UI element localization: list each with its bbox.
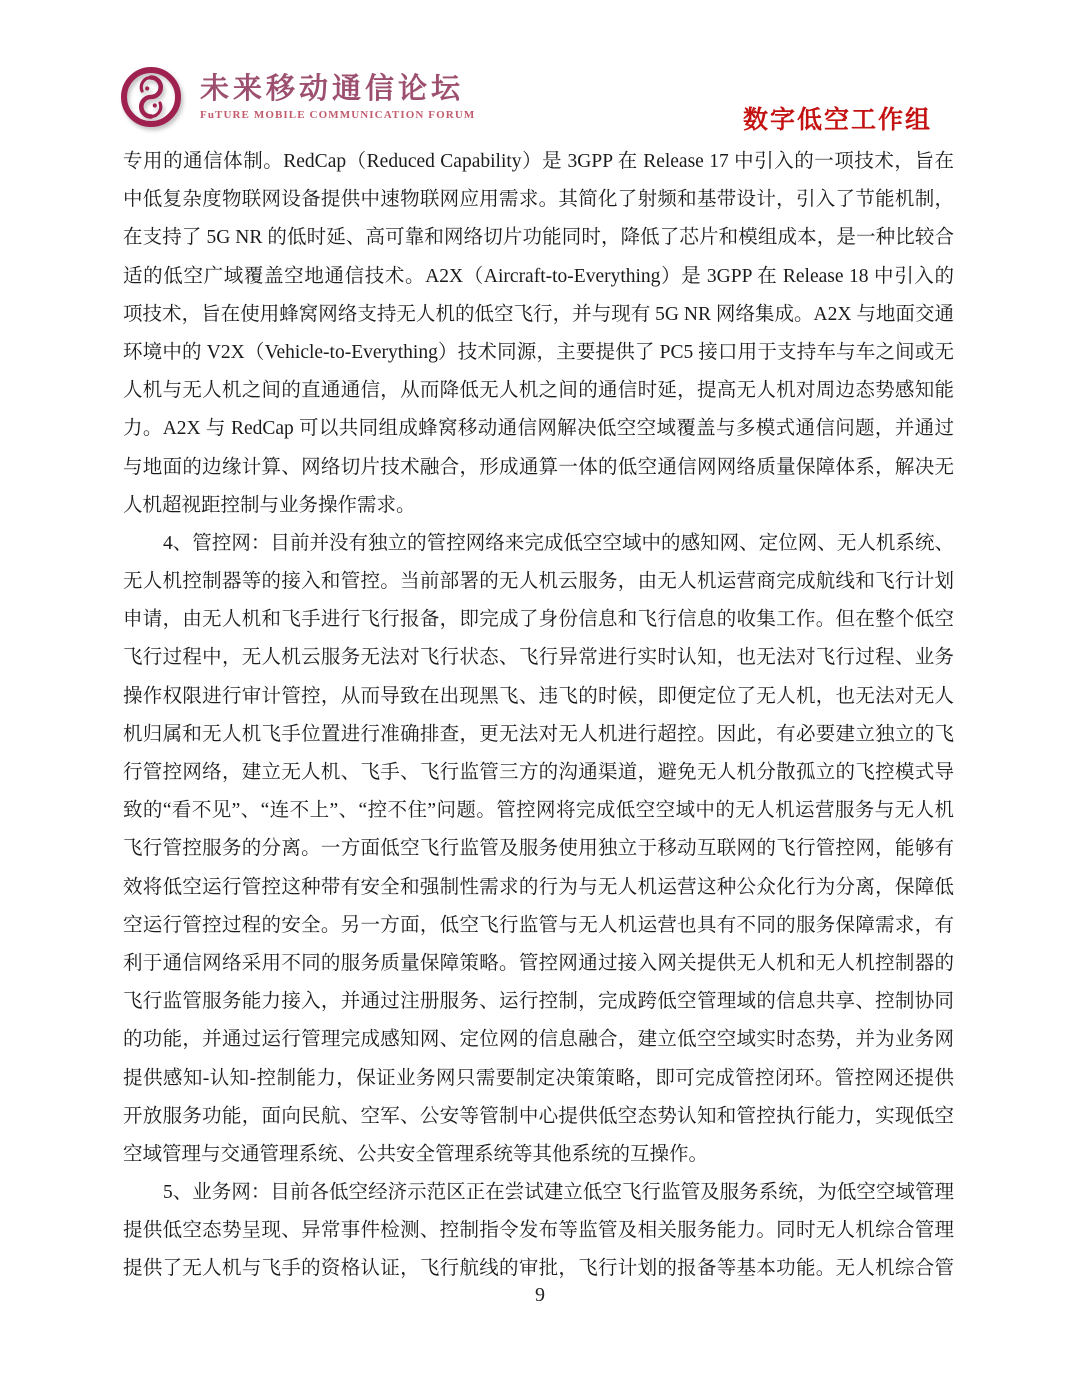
text-line: 项技术，旨在使用蜂窝网络支持无人机的低空飞行，并与现有 5G NR 网络集成。A… [123, 296, 954, 334]
text-line: 效将低空运行管控这种带有安全和强制性需求的行为与无人机运营这种公众化行为分离，保… [123, 869, 954, 907]
forum-logo-name-cn: 未来移动通信论坛 [200, 73, 475, 106]
forum-logo-text: 未来移动通信论坛 FuTURE MOBILE COMMUNICATION FOR… [200, 73, 475, 121]
text-line: 在支持了 5G NR 的低时延、高可靠和网络切片功能同时，降低了芯片和模组成本，… [123, 219, 954, 257]
forum-logo: 未来移动通信论坛 FuTURE MOBILE COMMUNICATION FOR… [118, 64, 475, 130]
text-line: 提供感知-认知-控制能力，保证业务网只需要制定决策策略，即可完成管控闭环。管控网… [123, 1060, 954, 1098]
page-number: 9 [0, 1284, 1080, 1307]
text-line: 人机与无人机之间的直通通信，从而降低无人机之间的通信时延，提高无人机对周边态势感… [123, 372, 954, 410]
text-line: 的功能，并通过运行管理完成感知网、定位网的信息融合，建立低空空域实时态势，并为业… [123, 1021, 954, 1059]
text-line: 利于通信网络采用不同的服务质量保障策略。管控网通过接入网关提供无人机和无人机控制… [123, 945, 954, 983]
text-line: 申请，由无人机和飞手进行飞行报备，即完成了身份信息和飞行信息的收集工作。但在整个… [123, 601, 954, 639]
text-line: 中低复杂度物联网设备提供中速物联网应用需求。其简化了射频和基带设计，引入了节能机… [123, 181, 954, 219]
text-line: 力。A2X 与 RedCap 可以共同组成蜂窝移动通信网解决低空空域覆盖与多模式… [123, 410, 954, 448]
forum-logo-swirl-icon [118, 64, 184, 130]
text-line: 飞行过程中，无人机云服务无法对飞行状态、飞行异常进行实时认知，也无法对飞行过程、… [123, 639, 954, 677]
text-line: 人机超视距控制与业务操作需求。 [123, 487, 954, 525]
text-line: 5、业务网：目前各低空经济示范区正在尝试建立低空飞行监管及服务系统，为低空空域管… [123, 1174, 954, 1212]
text-line: 无人机控制器等的接入和管控。当前部署的无人机云服务，由无人机运营商完成航线和飞行… [123, 563, 954, 601]
text-line: 提供了无人机与飞手的资格认证，飞行航线的审批，飞行计划的报备等基本功能。无人机综… [123, 1250, 954, 1288]
text-line: 空运行管控过程的安全。另一方面，低空飞行监管与无人机运营也具有不同的服务保障需求… [123, 907, 954, 945]
document-page: 未来移动通信论坛 FuTURE MOBILE COMMUNICATION FOR… [0, 0, 1080, 1397]
text-line: 行管控网络，建立无人机、飞手、飞行监管三方的沟通渠道，避免无人机分散孤立的飞控模… [123, 754, 954, 792]
text-line: 空域管理与交通管理系统、公共安全管理系统等其他系统的互操作。 [123, 1136, 954, 1174]
text-line: 与地面的边缘计算、网络切片技术融合，形成通算一体的低空通信网网络质量保障体系，解… [123, 449, 954, 487]
text-line: 飞行管控服务的分离。一方面低空飞行监管及服务使用独立于移动互联网的飞行管控网，能… [123, 830, 954, 868]
forum-logo-name-en: FuTURE MOBILE COMMUNICATION FORUM [200, 109, 475, 121]
document-body: 专用的通信体制。RedCap（Reduced Capability）是 3GPP… [123, 143, 954, 1289]
text-line: 4、管控网：目前并没有独立的管控网络来完成低空空域中的感知网、定位网、无人机系统… [123, 525, 954, 563]
text-line: 飞行监管服务能力接入，并通过注册服务、运行控制，完成跨低空管理域的信息共享、控制… [123, 983, 954, 1021]
text-line: 环境中的 V2X（Vehicle-to-Everything）技术同源，主要提供… [123, 334, 954, 372]
text-line: 适的低空广域覆盖空地通信技术。A2X（Aircraft-to-Everythin… [123, 258, 954, 296]
text-line: 机归属和无人机飞手位置进行准确排查，更无法对无人机进行超控。因此，有必要建立独立… [123, 716, 954, 754]
text-line: 提供低空态势呈现、异常事件检测、控制指令发布等监管及相关服务能力。同时无人机综合… [123, 1212, 954, 1250]
text-line: 操作权限进行审计管控，从而导致在出现黑飞、违飞的时候，即便定位了无人机，也无法对… [123, 678, 954, 716]
text-line: 开放服务功能，面向民航、空军、公安等管制中心提供低空态势认知和管控执行能力，实现… [123, 1098, 954, 1136]
workgroup-title: 数字低空工作组 [743, 100, 932, 136]
text-line: 致的“看不见”、“连不上”、“控不住”问题。管控网将完成低空空域中的无人机运营服… [123, 792, 954, 830]
text-line: 专用的通信体制。RedCap（Reduced Capability）是 3GPP… [123, 143, 954, 181]
